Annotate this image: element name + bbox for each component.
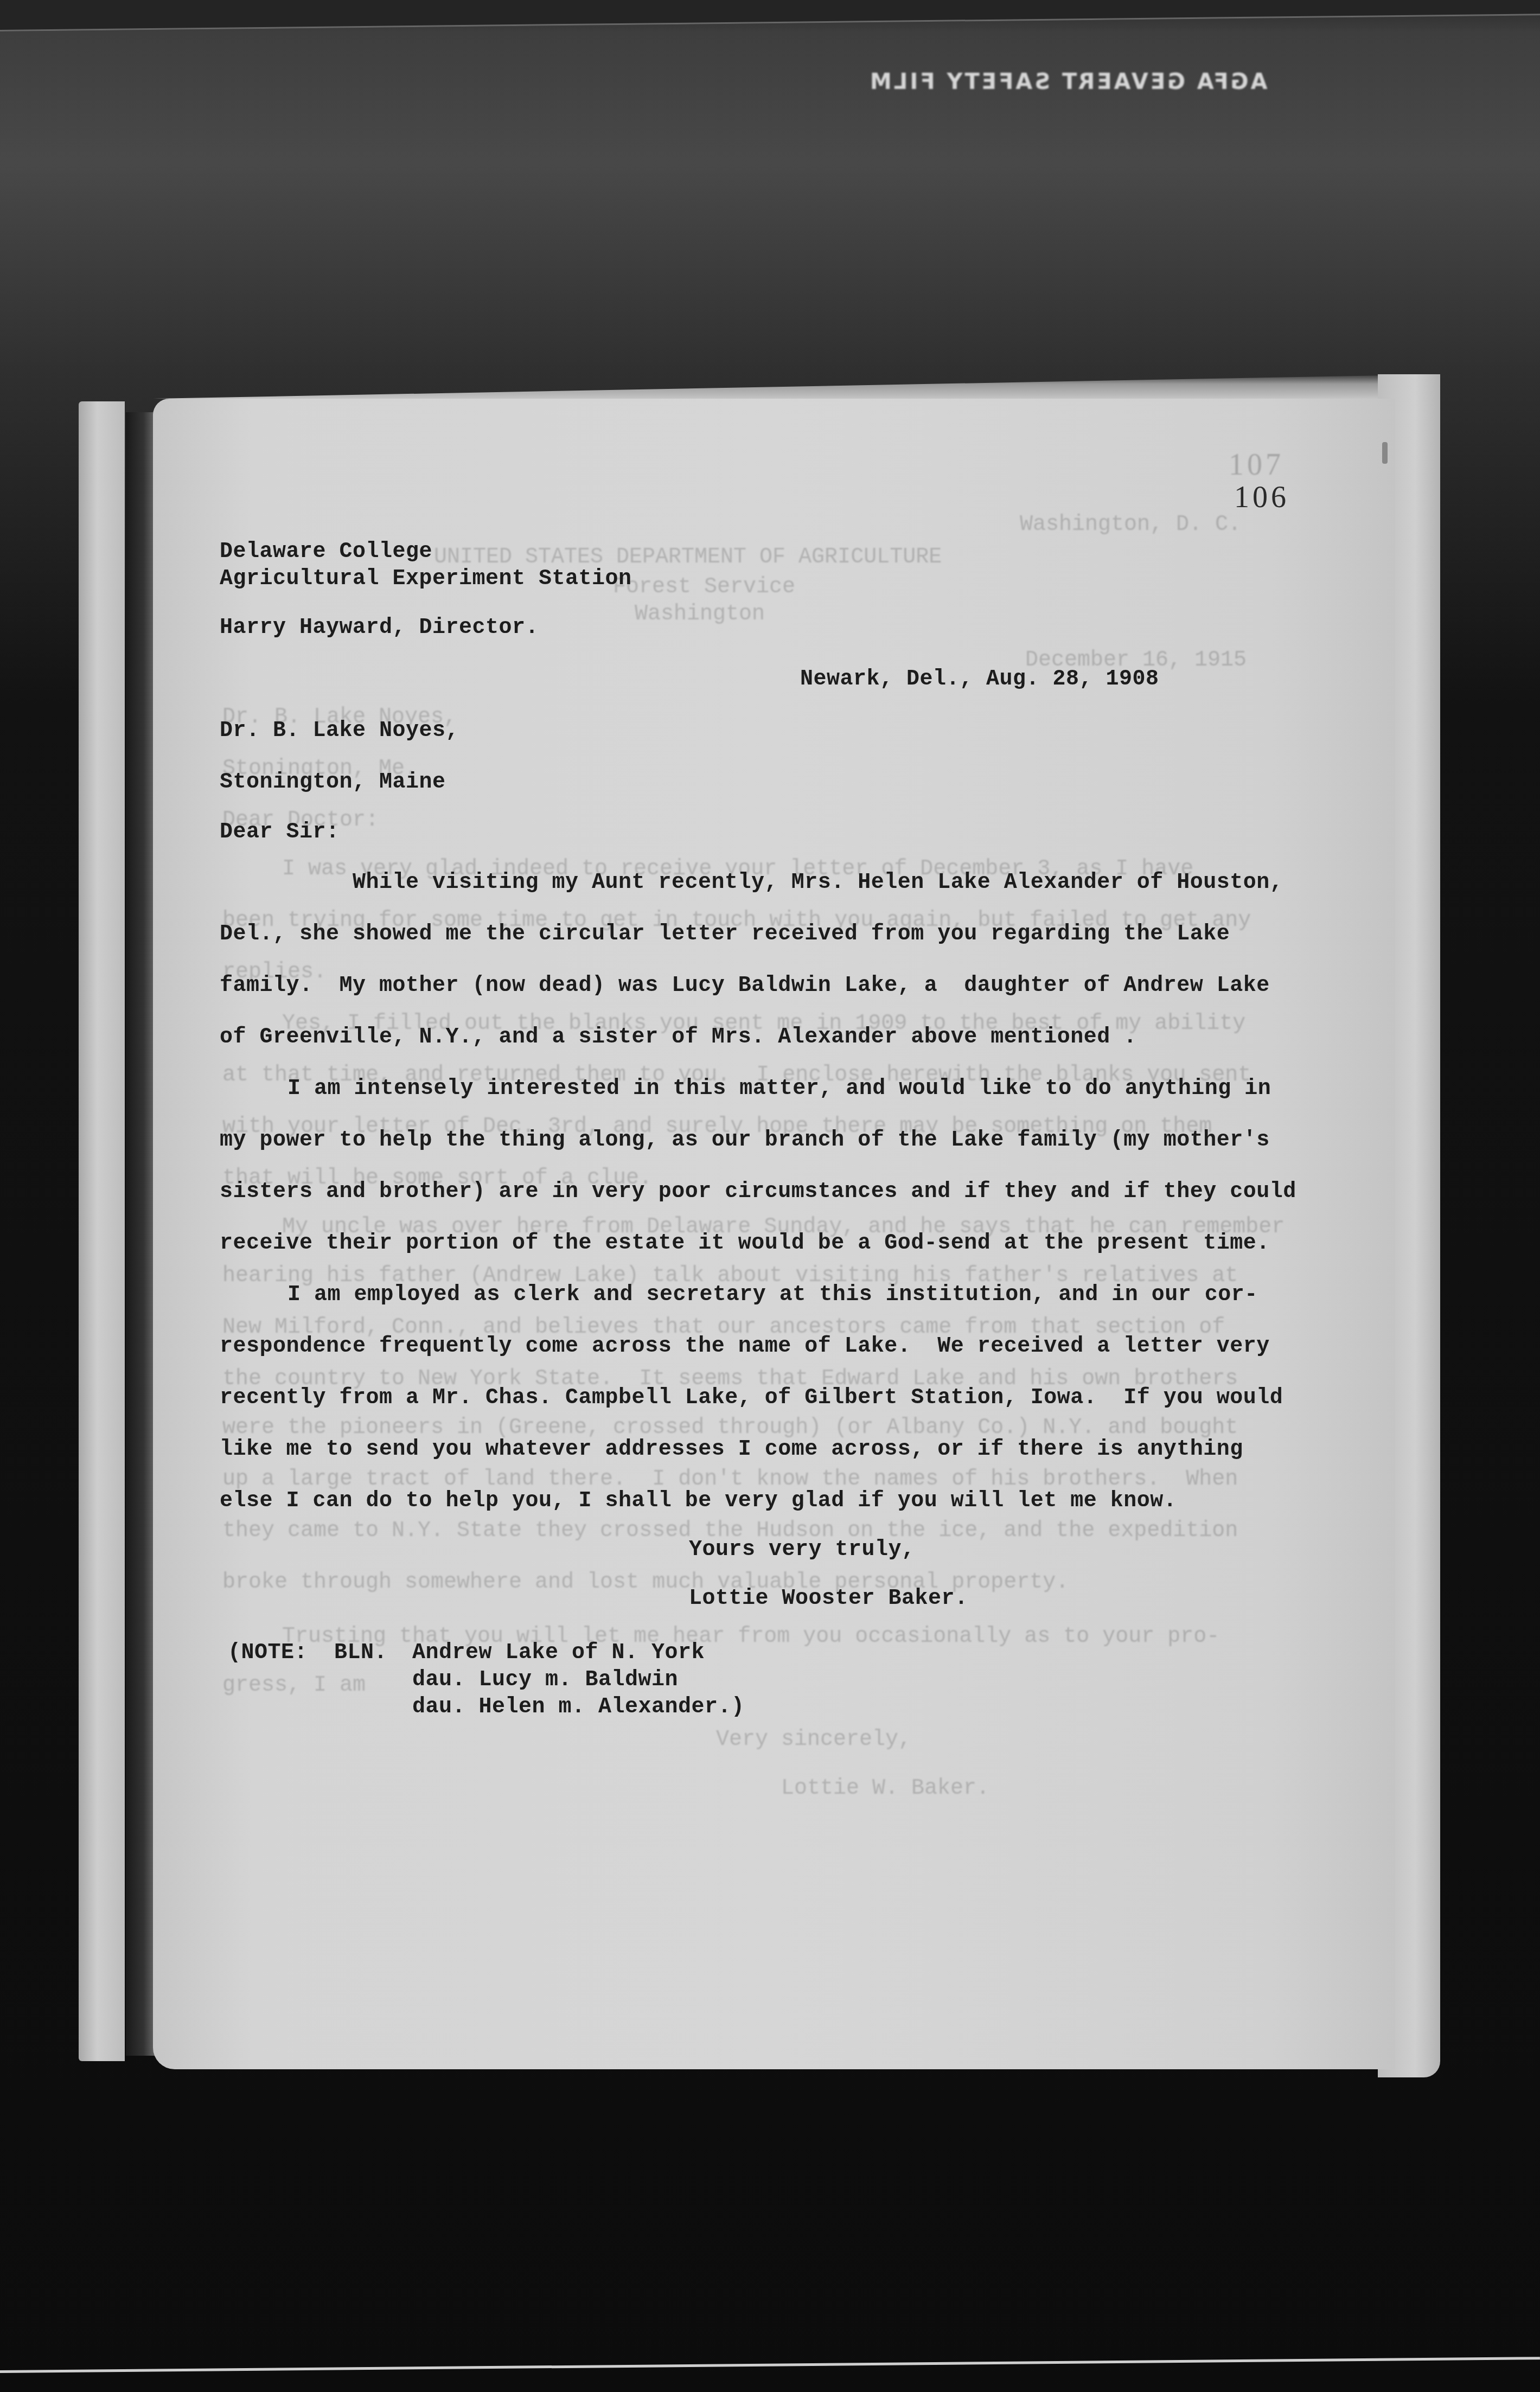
bleed-header-2: Forest Service xyxy=(613,575,795,599)
bleed-line: gress, I am xyxy=(222,1673,366,1698)
body-line: family. My mother (now dead) was Lucy Ba… xyxy=(220,974,1270,998)
page-number-faded: 107 xyxy=(1229,447,1284,482)
body-line: my power to help the thing along, as our… xyxy=(220,1128,1270,1153)
body-line: else I can do to help you, I shall be ve… xyxy=(220,1489,1177,1513)
body-line: I am intensely interested in this matter… xyxy=(287,1077,1271,1101)
recipient-address: Stonington, Maine xyxy=(220,770,446,795)
bleed-header-1: UNITED STATES DEPARTMENT OF AGRICULTURE xyxy=(434,545,942,570)
letterhead-station: Agricultural Experiment Station xyxy=(220,567,632,591)
note-label: (NOTE: BLN. xyxy=(228,1641,387,1665)
salutation: Dear Sir: xyxy=(220,820,340,845)
note-line: dau. Lucy m. Baldwin xyxy=(412,1668,678,1692)
left-page-sliver xyxy=(79,401,125,2061)
film-edge-label: AGFA GEVAERT SAFETY FILM xyxy=(868,69,1267,94)
body-line: like me to send you whatever addresses I… xyxy=(220,1437,1243,1462)
letterhead-director: Harry Hayward, Director. xyxy=(220,616,539,640)
body-line: recently from a Mr. Chas. Campbell Lake,… xyxy=(220,1386,1283,1410)
note-line: Andrew Lake of N. York xyxy=(412,1641,705,1665)
bleed-line: up a large tract of land there. I don't … xyxy=(222,1467,1238,1492)
bleed-line: were the pioneers in (Greene, crossed th… xyxy=(222,1416,1238,1440)
binding-gutter xyxy=(126,412,156,2056)
bleed-header-3: Washington xyxy=(635,602,765,626)
page-number: 106 xyxy=(1234,480,1289,515)
bleed-line: Very sincerely, xyxy=(716,1728,911,1752)
signature: Lottie Wooster Baker. xyxy=(689,1587,968,1611)
bleed-line: Lottie W. Baker. xyxy=(781,1776,989,1801)
closing: Yours very truly, xyxy=(689,1538,915,1562)
body-line: I am employed as clerk and secretary at … xyxy=(287,1283,1258,1307)
bleed-place: Washington, D. C. xyxy=(1020,513,1241,537)
recipient-name: Dr. B. Lake Noyes, xyxy=(220,719,459,743)
body-line: Del., she showed me the circular letter … xyxy=(220,922,1230,946)
body-line: receive their portion of the estate it w… xyxy=(220,1231,1270,1256)
note-line: dau. Helen m. Alexander.) xyxy=(412,1695,745,1719)
letterhead-institution: Delaware College xyxy=(220,540,432,564)
body-line: of Greenville, N.Y., and a sister of Mrs… xyxy=(220,1025,1137,1050)
body-line: respondence frequently come across the n… xyxy=(220,1334,1270,1359)
body-line: While visiting my Aunt recently, Mrs. He… xyxy=(353,871,1283,895)
dateline: Newark, Del., Aug. 28, 1908 xyxy=(800,667,1159,692)
body-line: sisters and brother) are in very poor ci… xyxy=(220,1180,1296,1204)
edge-mark xyxy=(1382,442,1388,464)
